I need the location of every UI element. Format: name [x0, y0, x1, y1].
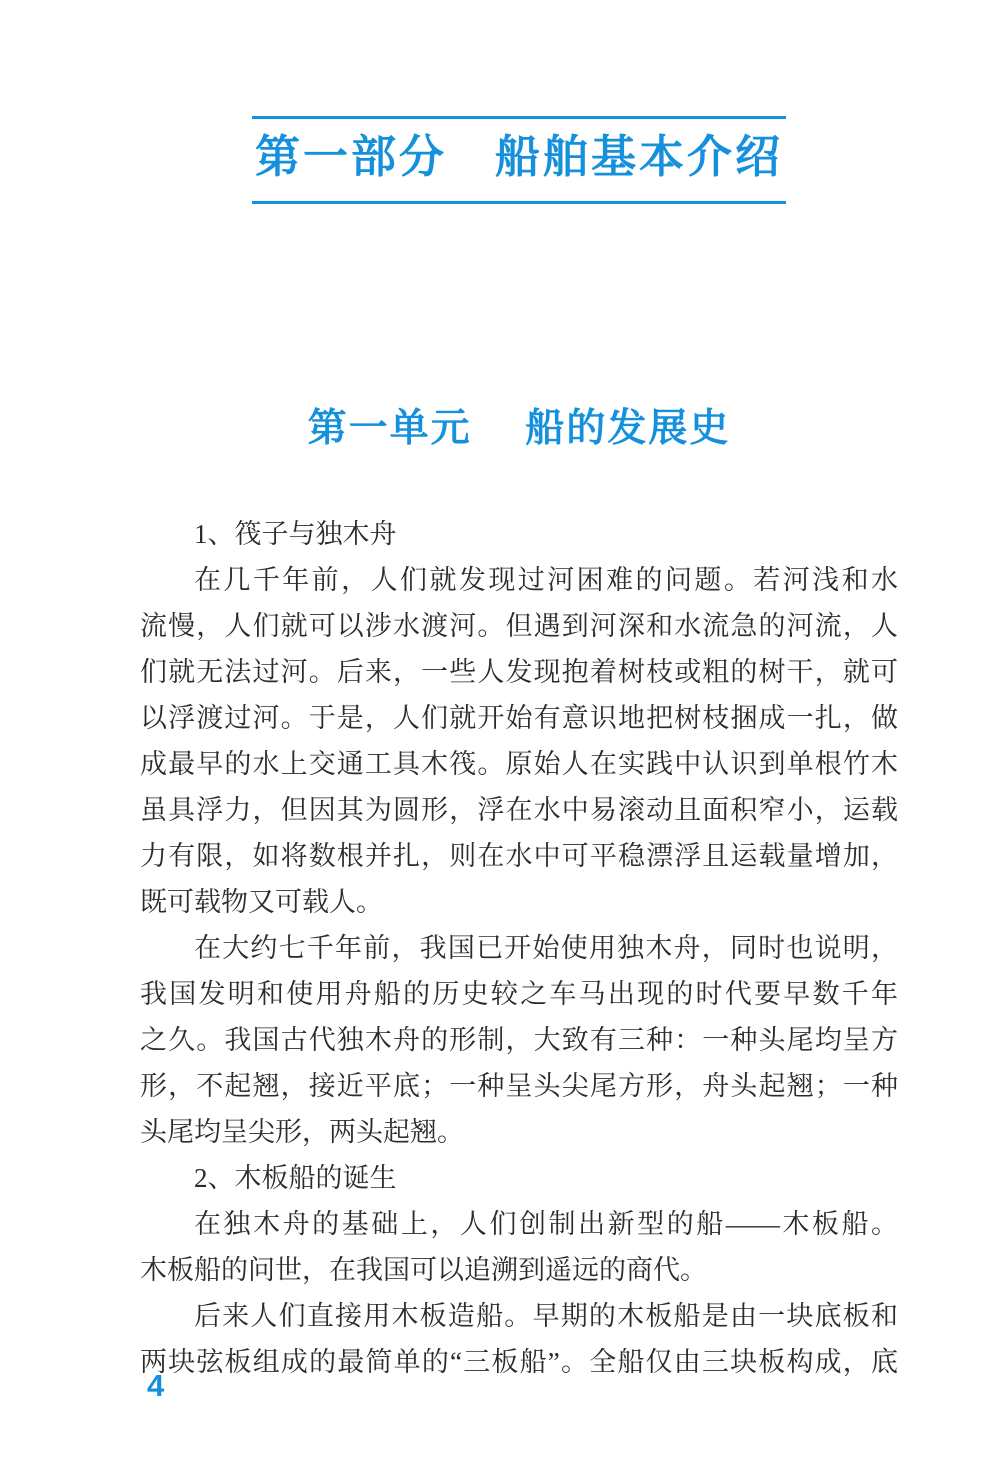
- text-line: 在独木舟的基础上，人们创制出新型的船——木板船。: [140, 1201, 898, 1247]
- text-line: 们就无法过河。后来，一些人发现抱着树枝或粗的树干，就可: [140, 649, 898, 695]
- unit-title: 第一单元 船的发展史: [140, 404, 898, 454]
- text-line: 以浮渡过河。于是，人们就开始有意识地把树枝捆成一扎，做: [140, 695, 898, 741]
- text-line: 木板船的问世，在我国可以追溯到遥远的商代。: [140, 1247, 898, 1293]
- text-line: 2、木板船的诞生: [140, 1155, 898, 1201]
- body-text: 1、筏子与独木舟在几千年前，人们就发现过河困难的问题。若河浅和水流慢，人们就可以…: [140, 511, 898, 1385]
- paragraph: 在独木舟的基础上，人们创制出新型的船——木板船。木板船的问世，在我国可以追溯到遥…: [140, 1201, 898, 1293]
- part-header: 第一部分 船舶基本介绍: [252, 116, 786, 204]
- page-number: 4: [147, 1368, 164, 1404]
- text-line: 虽具浮力，但因其为圆形，浮在水中易滚动且面积窄小，运载: [140, 787, 898, 833]
- document-page: 第一部分 船舶基本介绍 第一单元 船的发展史 1、筏子与独木舟在几千年前，人们就…: [0, 0, 1000, 1459]
- paragraph: 在几千年前，人们就发现过河困难的问题。若河浅和水流慢，人们就可以涉水渡河。但遇到…: [140, 557, 898, 925]
- text-line: 头尾均呈尖形，两头起翘。: [140, 1109, 898, 1155]
- content-column: 第一部分 船舶基本介绍 第一单元 船的发展史 1、筏子与独木舟在几千年前，人们就…: [140, 0, 898, 1385]
- text-line: 两块弦板组成的最简单的“三板船”。全船仅由三块板构成，底: [140, 1339, 898, 1385]
- text-line: 后来人们直接用木板造船。早期的木板船是由一块底板和: [140, 1293, 898, 1339]
- text-line: 成最早的水上交通工具木筏。原始人在实践中认识到单根竹木: [140, 741, 898, 787]
- part-title: 第一部分 船舶基本介绍: [252, 127, 786, 187]
- paragraph: 后来人们直接用木板造船。早期的木板船是由一块底板和两块弦板组成的最简单的“三板船…: [140, 1293, 898, 1385]
- text-line: 既可载物又可载人。: [140, 879, 898, 925]
- text-line: 流慢，人们就可以涉水渡河。但遇到河深和水流急的河流，人: [140, 603, 898, 649]
- list-item-heading: 1、筏子与独木舟: [140, 511, 898, 557]
- text-line: 力有限，如将数根并扎，则在水中可平稳漂浮且运载量增加，: [140, 833, 898, 879]
- text-line: 形，不起翘，接近平底；一种呈头尖尾方形，舟头起翘；一种: [140, 1063, 898, 1109]
- text-line: 1、筏子与独木舟: [140, 511, 898, 557]
- text-line: 我国发明和使用舟船的历史较之车马出现的时代要早数千年: [140, 971, 898, 1017]
- paragraph: 在大约七千年前，我国已开始使用独木舟，同时也说明，我国发明和使用舟船的历史较之车…: [140, 925, 898, 1155]
- text-line: 之久。我国古代独木舟的形制，大致有三种：一种头尾均呈方: [140, 1017, 898, 1063]
- list-item-heading: 2、木板船的诞生: [140, 1155, 898, 1201]
- text-line: 在大约七千年前，我国已开始使用独木舟，同时也说明，: [140, 925, 898, 971]
- text-line: 在几千年前，人们就发现过河困难的问题。若河浅和水: [140, 557, 898, 603]
